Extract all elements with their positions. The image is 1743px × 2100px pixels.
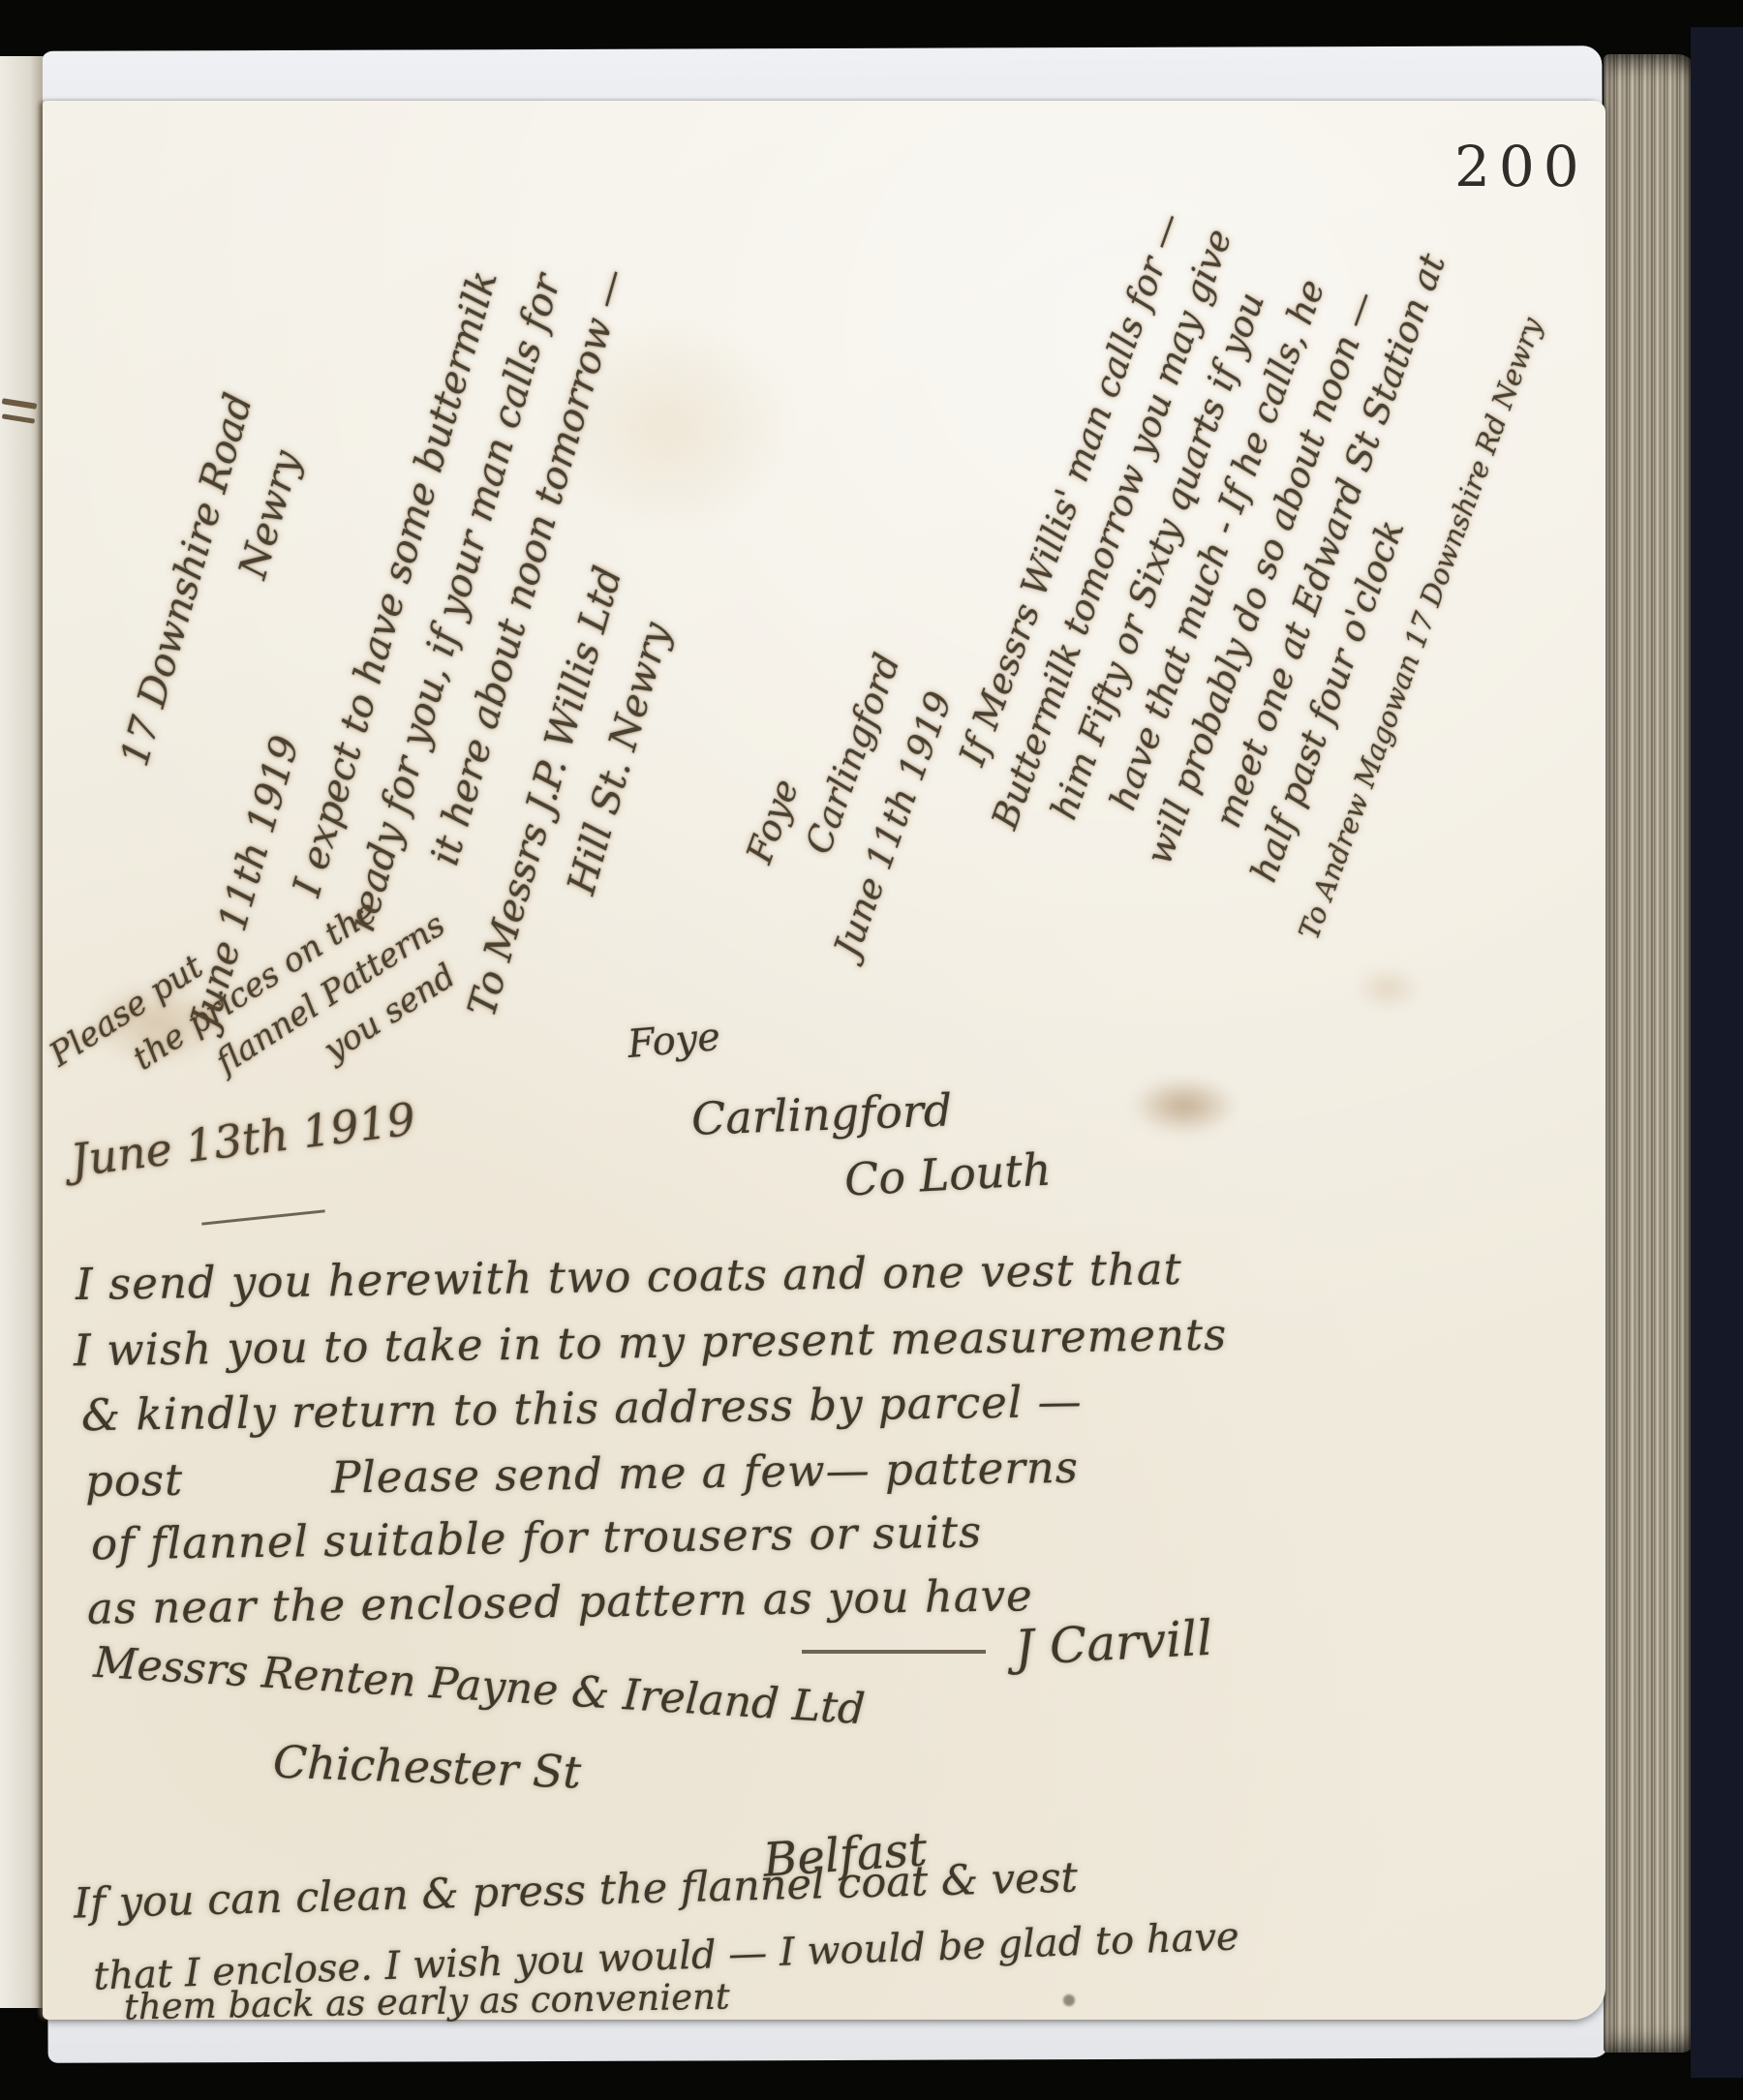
- paper-stain: [1354, 966, 1422, 1011]
- signature-dash: [802, 1650, 986, 1654]
- address-line: Chichester St: [272, 1735, 582, 1798]
- letter-place: Foye: [626, 1015, 722, 1067]
- ink-dot: [1063, 1994, 1075, 2006]
- signature: J Carvill: [1014, 1610, 1214, 1677]
- letter-book-photo: 200 17 Downshire Road Newry June 11th 19…: [0, 0, 1743, 2100]
- letter-place: Carlingford: [690, 1083, 953, 1144]
- letter-county: Co Louth: [843, 1142, 1053, 1205]
- book-cover: [1691, 27, 1743, 2078]
- previous-page-edge: [0, 56, 43, 2008]
- page-edges-stack: [1604, 54, 1697, 2053]
